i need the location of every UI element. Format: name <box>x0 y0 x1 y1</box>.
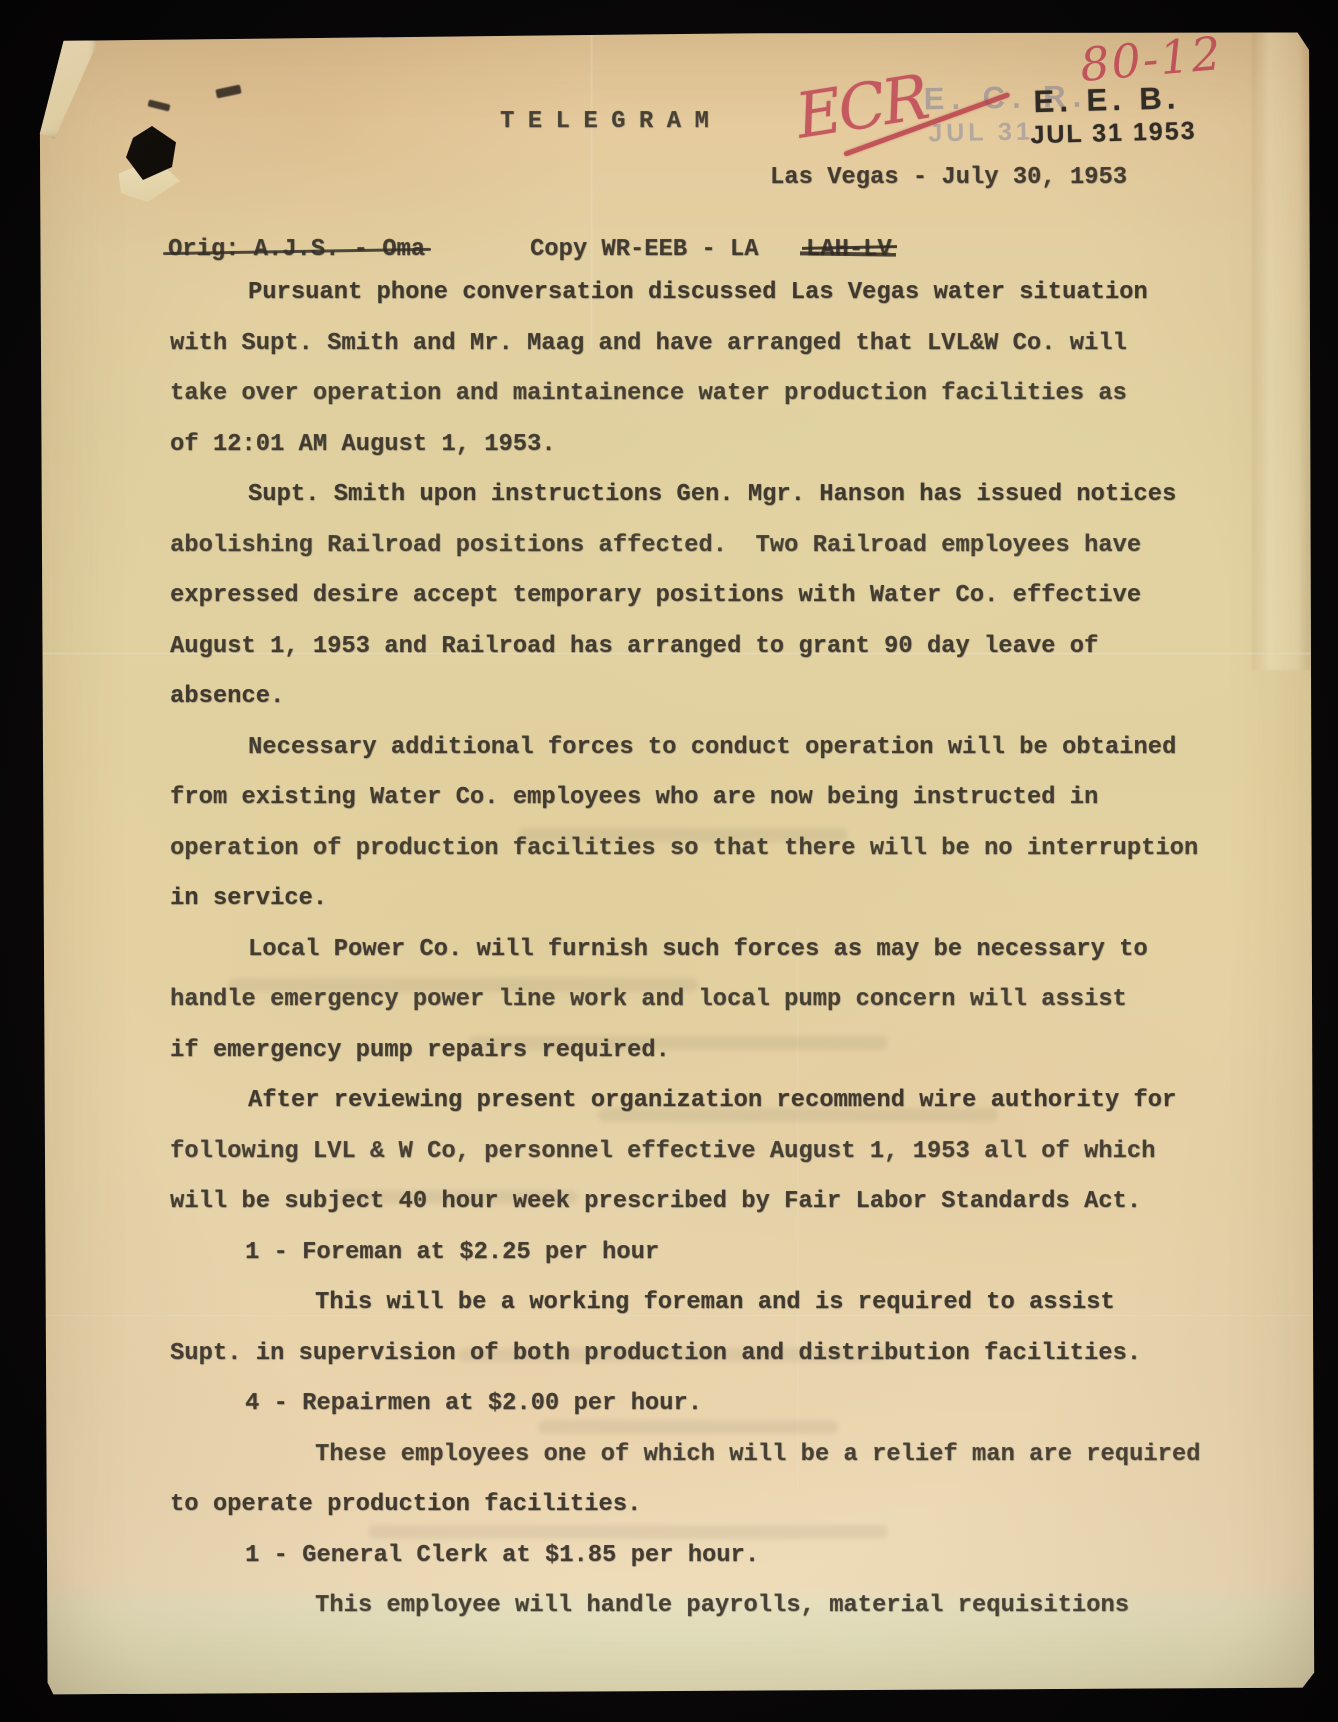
body-line: to operate production facilities. <box>170 1480 1200 1531</box>
staple-mark <box>215 84 241 98</box>
body-line: 1 - Foreman at $2.25 per hour <box>170 1228 1200 1279</box>
telegram-paper: TELEGRAM Las Vegas - July 30, 1953 Orig:… <box>38 30 1318 1696</box>
dateline: Las Vegas - July 30, 1953 <box>770 164 1127 191</box>
body-line: handle emergency power line work and loc… <box>170 975 1200 1026</box>
body-line: abolishing Railroad positions affected. … <box>170 521 1200 572</box>
body-line: if emergency pump repairs required. <box>170 1026 1200 1077</box>
routing-orig-struck: Orig: A.J.S. - Oma <box>168 236 425 263</box>
body-line: from existing Water Co. employees who ar… <box>170 773 1200 824</box>
staple-mark <box>147 99 170 111</box>
paper-fold-strip <box>1252 30 1310 670</box>
body-line: Supt. in supervision of both production … <box>170 1329 1200 1380</box>
body-line: 4 - Repairmen at $2.00 per hour. <box>170 1379 1200 1430</box>
body-line: expressed desire accept temporary positi… <box>170 571 1200 622</box>
body-line: Pursuant phone conversation discussed La… <box>170 268 1200 319</box>
body-line: This will be a working foreman and is re… <box>170 1278 1200 1329</box>
page-title: TELEGRAM <box>500 108 722 135</box>
folded-corner <box>36 36 98 140</box>
body-line: with Supt. Smith and Mr. Maag and have a… <box>170 319 1200 370</box>
handwritten-file-number: 80-12 <box>1078 26 1225 92</box>
routing-copy: Copy WR-EEB - LA <box>530 236 759 263</box>
body-line: will be subject 40 hour week prescribed … <box>170 1177 1200 1228</box>
body-line: Local Power Co. will furnish such forces… <box>170 925 1200 976</box>
body-line: 1 - General Clerk at $1.85 per hour. <box>170 1531 1200 1582</box>
body-line: operation of production facilities so th… <box>170 824 1200 875</box>
body-line: following LVL & W Co, personnel effectiv… <box>170 1127 1200 1178</box>
body-line: This employee will handle payrolls, mate… <box>170 1581 1200 1632</box>
body-line: These employees one of which will be a r… <box>170 1430 1200 1481</box>
body-line: absence. <box>170 672 1200 723</box>
body-line: in service. <box>170 874 1200 925</box>
stamp-date: JUL 31 1953 <box>1030 117 1197 150</box>
body-line: Necessary additional forces to conduct o… <box>170 723 1200 774</box>
body-line: August 1, 1953 and Railroad has arranged… <box>170 622 1200 673</box>
routing-copy-struck: LAH-LV <box>806 236 892 263</box>
scanned-telegram-page: { "header": { "file_number": "80-12", "t… <box>0 0 1338 1722</box>
handwritten-initials: ECR <box>791 60 931 152</box>
body-line: take over operation and maintainence wat… <box>170 369 1200 420</box>
body-lines: Pursuant phone conversation discussed La… <box>170 268 1200 1632</box>
body-line: Supt. Smith upon instructions Gen. Mgr. … <box>170 470 1200 521</box>
body-line: After reviewing present organization rec… <box>170 1076 1200 1127</box>
received-stamp-dark: E. E. B. JUL 31 1953 <box>1033 80 1197 150</box>
body-line: of 12:01 AM August 1, 1953. <box>170 420 1200 471</box>
